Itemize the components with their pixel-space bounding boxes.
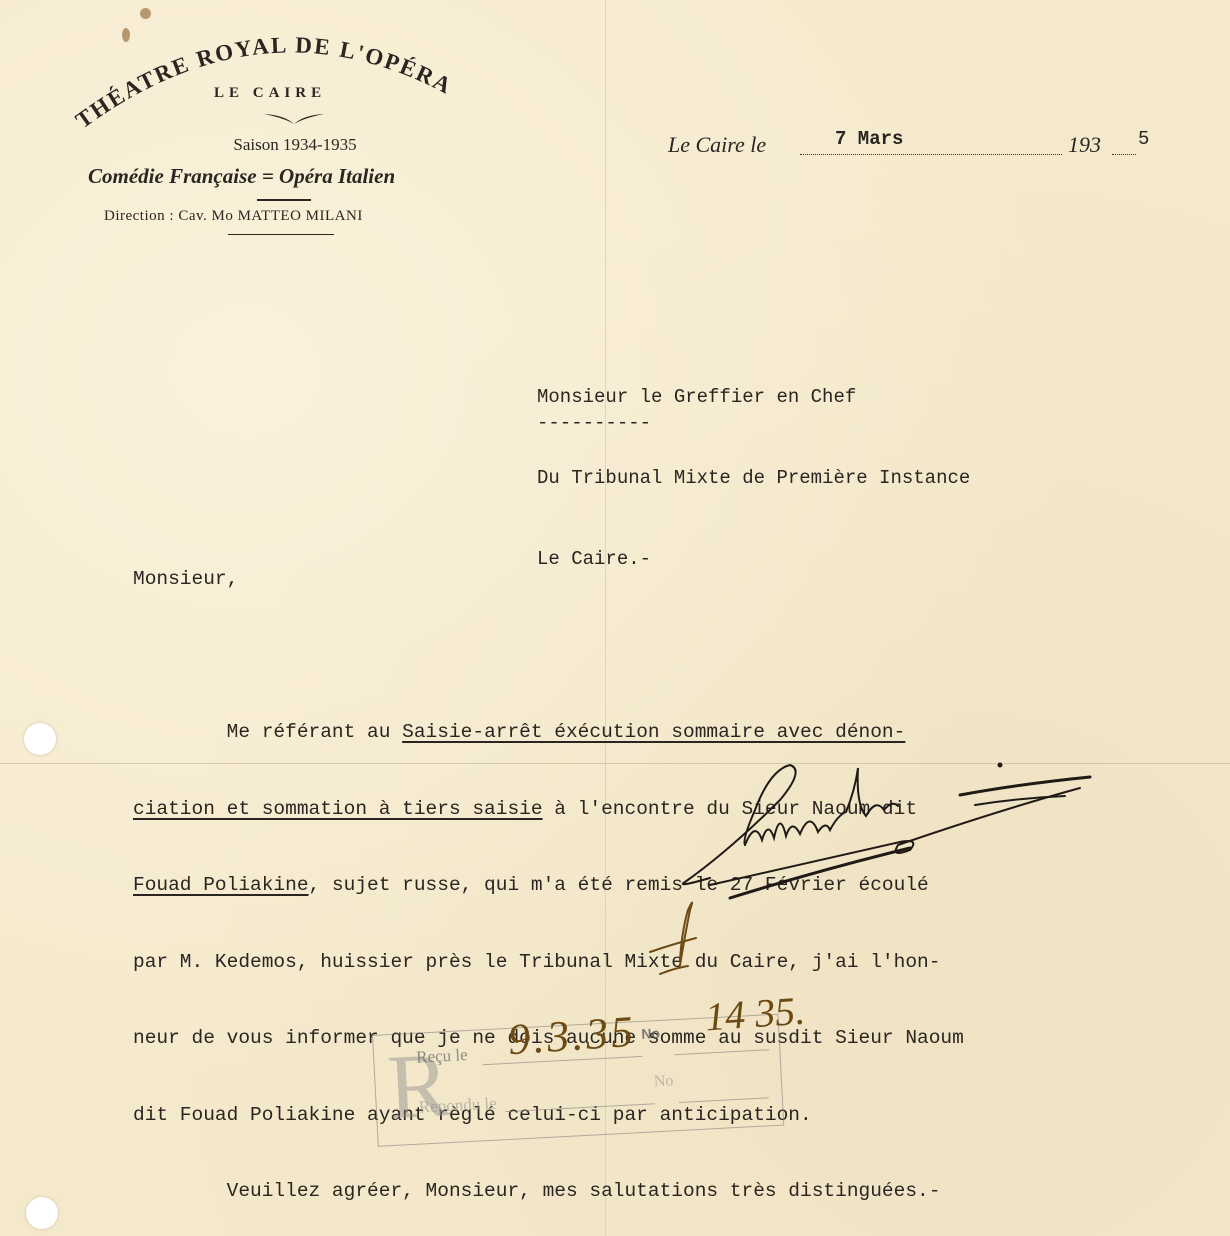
stamp-rule bbox=[679, 1097, 769, 1103]
date-dotted-line bbox=[800, 154, 1062, 155]
stamp-reply-label: Repondu le bbox=[418, 1094, 497, 1118]
handwritten-received-date: 9.3.35 bbox=[506, 1006, 637, 1066]
body-line: par M. Kedemos, huissier près le Tribuna… bbox=[133, 950, 964, 976]
punch-hole-icon bbox=[26, 1197, 58, 1229]
letterhead-city: LE CAIRE bbox=[214, 85, 326, 102]
stamp-received-label: Reçu le bbox=[416, 1045, 468, 1068]
underlined-text: ciation et sommation à tiers saisie bbox=[133, 798, 543, 820]
ornament-icon bbox=[262, 112, 326, 126]
addressee-rule: ---------- bbox=[537, 412, 651, 434]
date-year-digit: 5 bbox=[1138, 128, 1149, 150]
letterhead-divider bbox=[228, 234, 334, 235]
punch-hole-icon bbox=[24, 723, 56, 755]
underlined-text: Saisie-arrêt éxécution sommaire avec dén… bbox=[402, 721, 905, 743]
stamp-received-no-label: No bbox=[641, 1025, 660, 1042]
body-line: Me référant au Saisie-arrêt éxécution so… bbox=[133, 720, 964, 746]
letterhead-season: Saison 1934-1935 bbox=[200, 135, 390, 155]
handwritten-initial bbox=[640, 890, 700, 980]
underlined-text: Fouad Poliakine bbox=[133, 874, 309, 896]
letterhead-direction: Direction : Cav. Mo MATTEO MILANI bbox=[104, 208, 363, 225]
addressee-line: Monsieur le Greffier en Chef bbox=[537, 384, 970, 411]
letterhead-divider bbox=[257, 199, 311, 201]
year-dotted-line bbox=[1112, 154, 1136, 155]
date-day-month: 7 Mars bbox=[835, 128, 903, 150]
handwritten-received-number: 14 35. bbox=[703, 987, 806, 1041]
stamp-reply-no-label: No bbox=[653, 1072, 673, 1091]
letterhead-arched-title: THÉATRE ROYAL DE L'OPÉRA bbox=[55, 10, 525, 150]
salutation: Monsieur, bbox=[133, 567, 964, 593]
stamp-rule bbox=[674, 1049, 769, 1055]
dateline: Le Caire le 7 Mars 193 5 bbox=[668, 128, 1168, 168]
letterhead-companies: Comédie Française = Opéra Italien bbox=[88, 164, 395, 189]
stamp-rule bbox=[505, 1103, 655, 1112]
handwritten-signature bbox=[670, 750, 1100, 900]
date-year-prefix: 193 bbox=[1068, 132, 1101, 158]
addressee-line: Du Tribunal Mixte de Première Instance bbox=[537, 465, 970, 492]
date-place-label: Le Caire le bbox=[668, 132, 766, 158]
closing-line: Veuillez agréer, Monsieur, mes salutatio… bbox=[133, 1179, 964, 1205]
